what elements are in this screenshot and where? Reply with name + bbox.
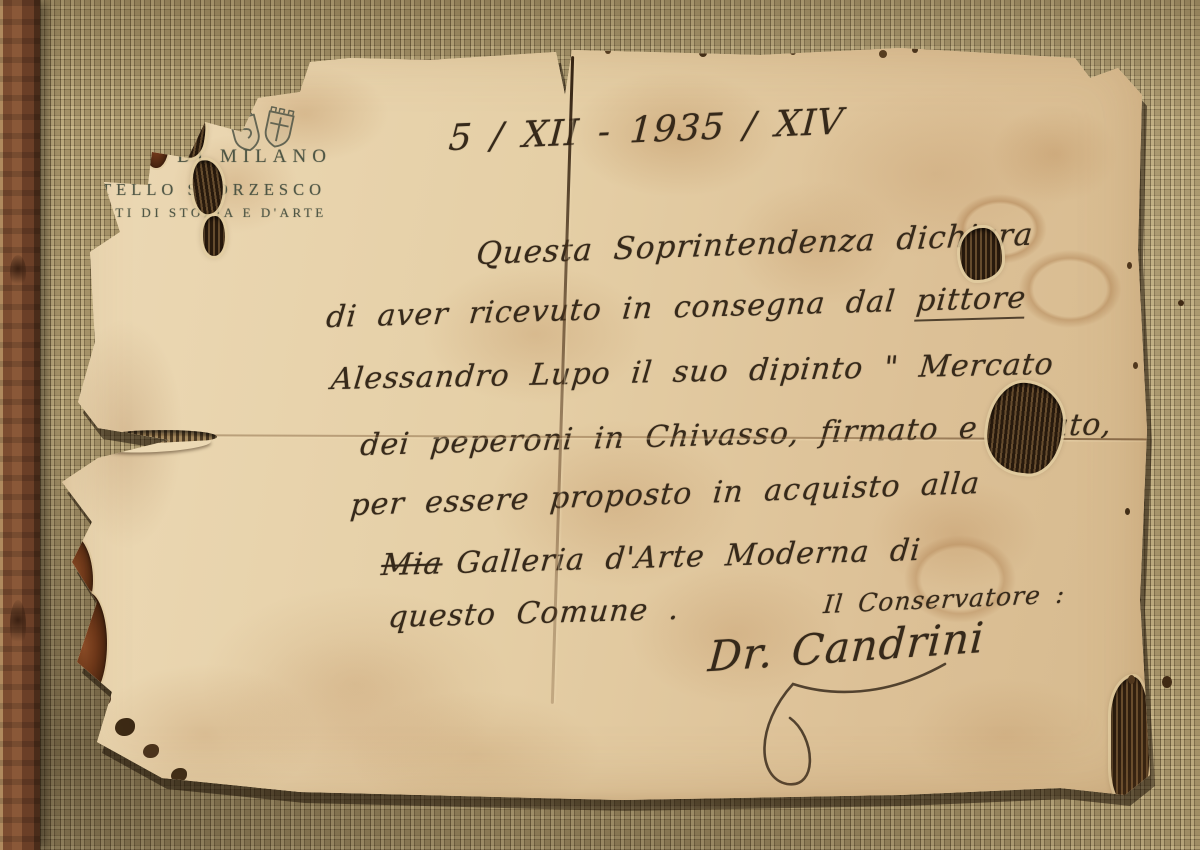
photograph-of-archival-letter: COMUNE DI MILANO CASTELLO SFORZESCO ISTI… [0,0,1200,850]
wood-knot [10,255,26,289]
wood-knot [10,600,26,650]
paper-hole [203,216,225,256]
wood-frame-edge [0,0,40,850]
paper-hole [960,228,1002,280]
burlap-speck [1162,676,1172,688]
underlined-word-pittore: pittore [914,280,1028,321]
document-paper: COMUNE DI MILANO CASTELLO SFORZESCO ISTI… [55,34,1155,804]
signature-flourish [695,646,975,811]
struck-out-word: Mia [380,546,444,583]
burlap-speck [1178,300,1184,306]
edge-specks [1127,262,1132,269]
